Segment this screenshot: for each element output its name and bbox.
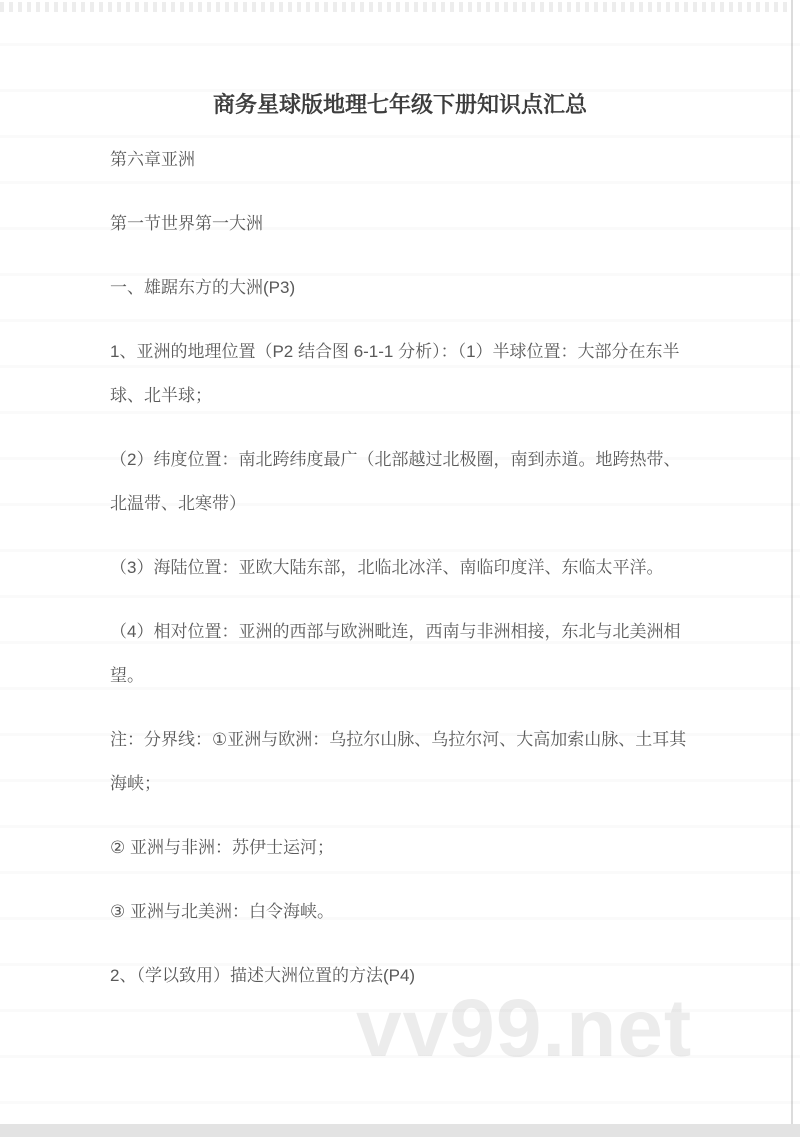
page-right-edge-line [791,0,793,1125]
document-page: vv99.net 商务星球版地理七年级下册知识点汇总 第六章亚洲 第一节世界第一… [0,0,800,1137]
chapter-heading: 第六章亚洲 [110,138,690,182]
topic-heading: 一、雄踞东方的大洲(P3) [110,266,690,310]
point-describe-method: 2、（学以致用）描述大洲位置的方法(P4) [110,954,690,998]
point-geographic-position: 1、亚洲的地理位置（P2 结合图 6-1-1 分析）：（1）半球位置：大部分在东… [110,330,690,418]
page-bottom-edge-strip [0,1124,800,1137]
note-boundary-asia-europe: 注：分界线：①亚洲与欧洲：乌拉尔山脉、乌拉尔河、大高加索山脉、土耳其海峡； [110,718,690,806]
point-latitude-position: （2）纬度位置：南北跨纬度最广（北部越过北极圈，南到赤道。地跨热带、北温带、北寒… [110,438,690,526]
document-content: 商务星球版地理七年级下册知识点汇总 第六章亚洲 第一节世界第一大洲 一、雄踞东方… [110,0,690,1018]
section-heading: 第一节世界第一大洲 [110,202,690,246]
point-sea-land-position: （3）海陆位置：亚欧大陆东部，北临北冰洋、南临印度洋、东临太平洋。 [110,546,690,590]
point-relative-position: （4）相对位置：亚洲的西部与欧洲毗连，西南与非洲相接，东北与北美洲相望。 [110,610,690,698]
note-boundary-asia-north-america: ③ 亚洲与北美洲：白令海峡。 [110,890,690,934]
document-title: 商务星球版地理七年级下册知识点汇总 [110,92,690,118]
note-boundary-asia-africa: ② 亚洲与非洲：苏伊士运河； [110,826,690,870]
